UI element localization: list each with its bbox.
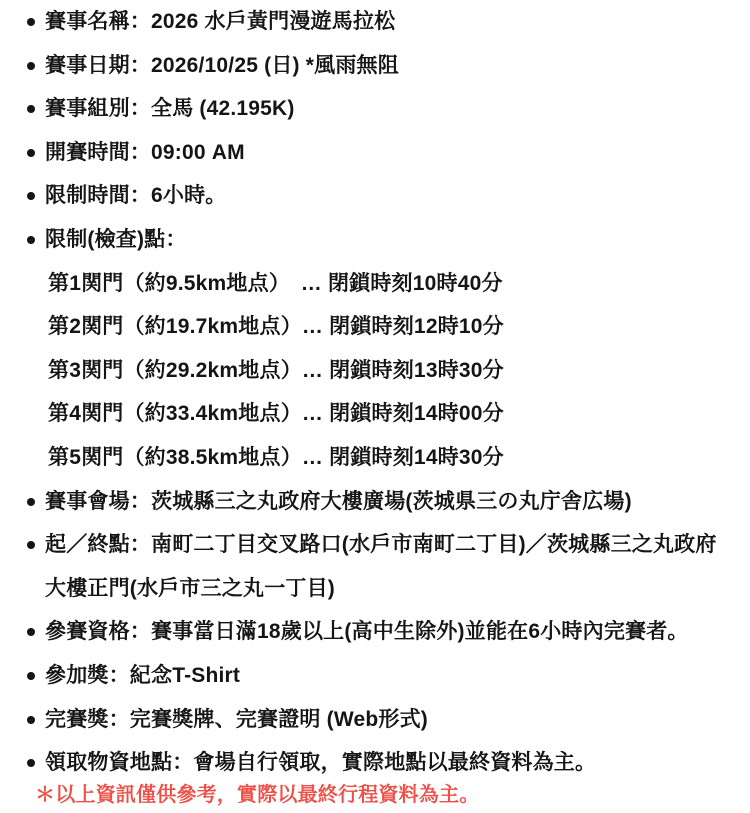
list-item-text: 參賽資格：賽事當日滿18歲以上(高中生除外)並能在6小時內完賽者。 bbox=[45, 620, 689, 643]
checkpoint-text: 第1関門（約9.5km地点） … 閉鎖時刻10時40分 bbox=[48, 272, 503, 295]
bullet-icon bbox=[27, 105, 35, 113]
list-item-venue: 賽事會場：茨城縣三之丸政府大樓廣場(茨城県三の丸庁舎広場) bbox=[25, 480, 735, 524]
checkpoint-text: 第3関門（約29.2km地点）… 閉鎖時刻13時30分 bbox=[48, 359, 504, 382]
checkpoint-item-2: 第2関門（約19.7km地点）… 閉鎖時刻12時10分 bbox=[25, 305, 735, 349]
list-item-finisher-prize: 完賽獎：完賽獎牌、完賽證明 (Web形式) bbox=[25, 698, 735, 742]
list-item-text: 賽事組別：全馬 (42.195K) bbox=[45, 97, 295, 120]
bullet-icon bbox=[27, 759, 35, 767]
bullet-icon bbox=[27, 149, 35, 157]
bullet-icon bbox=[27, 192, 35, 200]
list-item-participation-prize: 參加獎：紀念T-Shirt bbox=[25, 654, 735, 698]
list-item-checkpoints-header: 限制(檢查)點： bbox=[25, 218, 735, 262]
checkpoint-item-1: 第1関門（約9.5km地点） … 閉鎖時刻10時40分 bbox=[25, 262, 735, 306]
event-info-document: 賽事名稱：2026 水戶黃門漫遊馬拉松 賽事日期：2026/10/25 (日) … bbox=[0, 0, 750, 809]
list-item-eligibility: 參賽資格：賽事當日滿18歲以上(高中生除外)並能在6小時內完賽者。 bbox=[25, 610, 735, 654]
checkpoint-item-3: 第3関門（約29.2km地点）… 閉鎖時刻13時30分 bbox=[25, 349, 735, 393]
list-item-text: 參加獎：紀念T-Shirt bbox=[45, 664, 240, 687]
bullet-icon bbox=[27, 541, 35, 549]
list-item-start-finish: 起／終點：南町二丁目交叉路口(水戶市南町二丁目)／茨城縣三之丸政府大樓正門(水戶… bbox=[25, 523, 735, 610]
checkpoint-text: 第5関門（約38.5km地点）… 閉鎖時刻14時30分 bbox=[48, 446, 504, 469]
list-item-text: 完賽獎：完賽獎牌、完賽證明 (Web形式) bbox=[45, 708, 428, 731]
list-item-text: 領取物資地點：會場自行領取，實際地點以最終資料為主。 bbox=[45, 751, 596, 774]
list-item-text: 限制(檢查)點： bbox=[45, 228, 187, 251]
list-item-text: 起／終點：南町二丁目交叉路口(水戶市南町二丁目)／茨城縣三之丸政府大樓正門(水戶… bbox=[45, 533, 717, 600]
list-item-text: 賽事日期：2026/10/25 (日) *風雨無阻 bbox=[45, 54, 399, 77]
bullet-icon bbox=[27, 236, 35, 244]
bullet-icon bbox=[27, 62, 35, 70]
list-item-text: 開賽時間：09:00 AM bbox=[45, 141, 245, 164]
bullet-icon bbox=[27, 628, 35, 636]
list-item-text: 限制時間：6小時。 bbox=[45, 184, 226, 207]
bullet-icon bbox=[27, 716, 35, 724]
bullet-icon bbox=[27, 498, 35, 506]
checkpoint-text: 第4関門（約33.4km地点）… 閉鎖時刻14時00分 bbox=[48, 402, 504, 425]
list-item-event-date: 賽事日期：2026/10/25 (日) *風雨無阻 bbox=[25, 44, 735, 88]
list-item-pickup-location: 領取物資地點：會場自行領取，實際地點以最終資料為主。 bbox=[25, 741, 735, 785]
list-item-event-category: 賽事組別：全馬 (42.195K) bbox=[25, 87, 735, 131]
bullet-icon bbox=[27, 672, 35, 680]
list-item-text: 賽事會場：茨城縣三之丸政府大樓廣場(茨城県三の丸庁舎広場) bbox=[45, 490, 632, 513]
list-item-start-time: 開賽時間：09:00 AM bbox=[25, 131, 735, 175]
list-item-text: 賽事名稱：2026 水戶黃門漫遊馬拉松 bbox=[45, 10, 395, 33]
checkpoint-item-4: 第4関門（約33.4km地点）… 閉鎖時刻14時00分 bbox=[25, 392, 735, 436]
disclaimer-text: ＊以上資訊僅供參考，實際以最終行程資料為主。 bbox=[35, 784, 479, 806]
checkpoint-text: 第2関門（約19.7km地点）… 閉鎖時刻12時10分 bbox=[48, 315, 504, 338]
disclaimer-note: ＊以上資訊僅供參考，實際以最終行程資料為主。 bbox=[35, 781, 735, 809]
list-item-event-name: 賽事名稱：2026 水戶黃門漫遊馬拉松 bbox=[25, 0, 735, 44]
list-item-time-limit: 限制時間：6小時。 bbox=[25, 174, 735, 218]
checkpoint-item-5: 第5関門（約38.5km地点）… 閉鎖時刻14時30分 bbox=[25, 436, 735, 480]
bullet-icon bbox=[27, 18, 35, 26]
